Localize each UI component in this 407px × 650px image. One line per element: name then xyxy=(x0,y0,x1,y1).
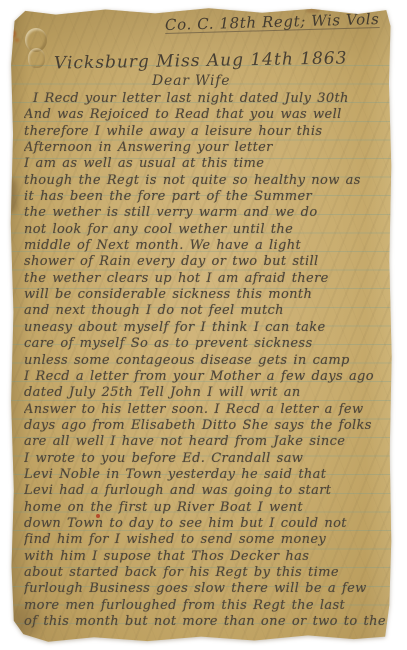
letter-line: shower of Rain every day or two but stil… xyxy=(24,254,388,270)
letter-line: And was Rejoiced to Read that you was we… xyxy=(24,107,388,123)
letter-line: more men furloughed from this Regt the l… xyxy=(24,598,388,614)
paper-sheet: Co. C. 18th Regt; Wis Vols Vicksburg Mis… xyxy=(10,7,392,643)
letter-body: I Recd your letter last night dated July… xyxy=(24,91,388,630)
letter-line: Afternoon in Answering your letter xyxy=(24,140,388,156)
letter-line: find him for I wished to send some money xyxy=(24,532,388,548)
letter-line: care of myself So as to prevent sickness xyxy=(24,336,388,352)
letter-line: it has been the fore part of the Summer xyxy=(24,189,388,205)
letter-line: Answer to his letter soon. I Recd a lett… xyxy=(24,402,388,418)
letter-line: about started back for his Regt by this … xyxy=(24,565,388,581)
letter-line: will be considerable sickness this month xyxy=(24,287,388,303)
letter-line: I Recd a letter from your Mother a few d… xyxy=(24,369,388,385)
letter-content: Co. C. 18th Regt; Wis Vols Vicksburg Mis… xyxy=(10,7,392,643)
regiment-header: Co. C. 18th Regt; Wis Vols xyxy=(164,10,379,34)
letter-line: furlough Business goes slow there will b… xyxy=(24,581,388,597)
scanned-letter-view: Co. C. 18th Regt; Wis Vols Vicksburg Mis… xyxy=(0,0,407,650)
letter-line: not look for any cool wether until the xyxy=(24,222,388,238)
letter-line: the wether is still verry warm and we do xyxy=(24,205,388,221)
letter-page: Co. C. 18th Regt; Wis Vols Vicksburg Mis… xyxy=(10,7,392,643)
salutation: Dear Wife xyxy=(152,73,230,89)
letter-line: Levi Noble in Town yesterday he said tha… xyxy=(24,467,388,483)
letter-line: the wether clears up hot I am afraid the… xyxy=(24,271,388,287)
letter-line: though the Regt is not quite so healthy … xyxy=(24,173,388,189)
letter-line: with him I supose that Thos Decker has xyxy=(24,549,388,565)
letter-line: I Recd your letter last night dated July… xyxy=(24,91,388,107)
letter-line: middle of Next month. We have a light xyxy=(24,238,388,254)
letter-line: down Town to day to see him but I could … xyxy=(24,516,388,532)
letter-line: dated July 25th Tell John I will writ an xyxy=(24,385,388,401)
letter-line: uneasy about myself for I think I can ta… xyxy=(24,320,388,336)
place-date-line: Vicksburg Miss Aug 14th 1863 xyxy=(54,48,348,73)
letter-line: are all well I have not heard from Jake … xyxy=(24,434,388,450)
letter-line: home on the first up River Boat I went xyxy=(24,500,388,516)
letter-line: therefore I while away a leisure hour th… xyxy=(24,124,388,140)
letter-line: unless some contageous disease gets in c… xyxy=(24,353,388,369)
letter-line: and next though I do not feel mutch xyxy=(24,303,388,319)
letter-line: days ago from Elisabeth Ditto She says t… xyxy=(24,418,388,434)
letter-line: of this month but not more than one or t… xyxy=(24,614,388,630)
letter-line: I wrote to you before Ed. Crandall saw xyxy=(24,451,388,467)
letter-line: Levi had a furlough and was going to sta… xyxy=(24,483,388,499)
letter-line: I am as well as usual at this time xyxy=(24,156,388,172)
